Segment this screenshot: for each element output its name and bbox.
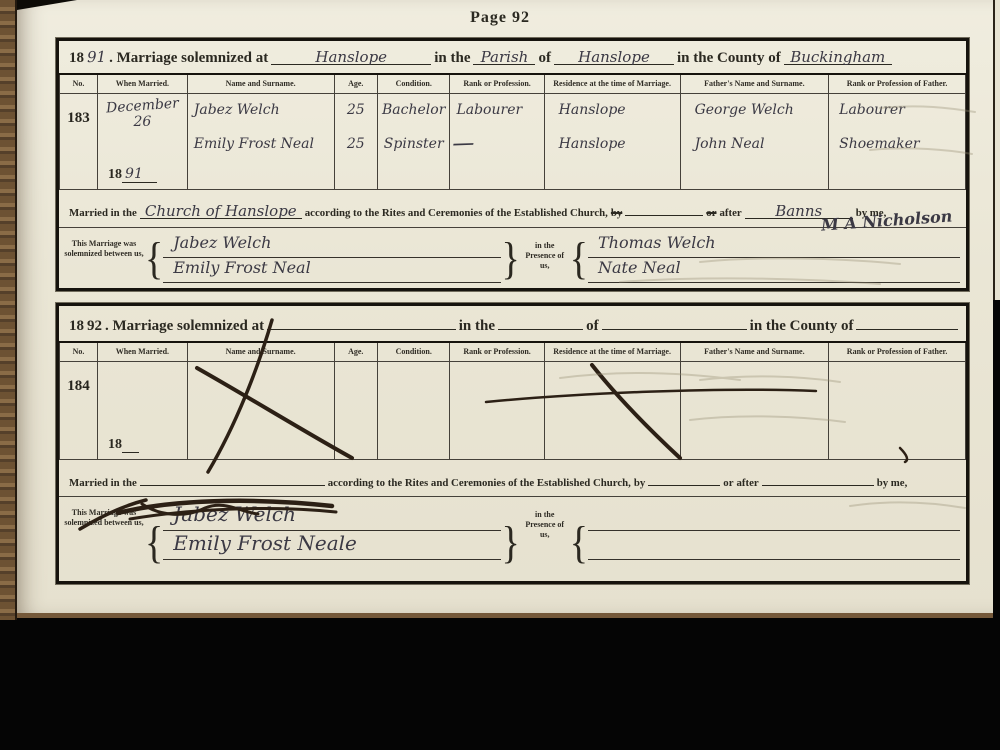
- married-place-blank: Church of Hanslope: [140, 202, 302, 219]
- brace-close: }: [501, 516, 519, 569]
- title-solemnized-label: . Marriage solemnized at: [105, 318, 264, 335]
- rites-label: according to the Rites and Ceremonies of…: [328, 477, 631, 489]
- col-header-no: No.: [60, 342, 98, 361]
- licence-blank: [648, 469, 720, 486]
- by-me-label: by me,: [877, 477, 908, 489]
- solemnized-section: This Marriage was solemnized between us,…: [59, 496, 966, 586]
- county-entry: Buckingham: [790, 48, 885, 66]
- party-signatures: Jabez Welch Emily Frost Neale: [163, 500, 501, 586]
- entry-number: 183: [60, 94, 97, 127]
- col-header-name: Name and Surname.: [187, 74, 334, 93]
- area-name-entry: Hanslope: [578, 48, 650, 66]
- groom-signature: Jabez Welch: [163, 233, 501, 258]
- professions-cell-blank: [450, 361, 544, 459]
- in-the-label: in the: [459, 318, 495, 335]
- title-solemnized-label: . Marriage solemnized at: [109, 50, 268, 67]
- after-label: after: [720, 207, 742, 219]
- area-name-blank: Hanslope: [554, 48, 674, 65]
- entry-number: 184: [60, 362, 97, 395]
- record-183-table: No. When Married. Name and Surname. Age.…: [59, 73, 966, 190]
- area-name-blank: [602, 313, 747, 330]
- when-year-blank: [122, 437, 139, 453]
- groom-father-profession-entry: Labourer: [839, 102, 905, 118]
- brace-open: {: [145, 516, 163, 569]
- father-professions-cell-blank: [829, 361, 966, 459]
- groom-signature-struck: Jabez Welch: [163, 502, 501, 531]
- col-header-age: Age.: [334, 74, 377, 93]
- county-blank: [856, 313, 958, 330]
- witness1-blank: [588, 502, 960, 531]
- marriage-record-184: 1892. Marriage solemnized at in the of i…: [56, 303, 969, 584]
- conditions-cell-blank: [377, 361, 449, 459]
- record-183-title: 1891. Marriage solemnized at Hanslope in…: [59, 41, 966, 67]
- licence-blank: [625, 199, 703, 216]
- col-header-profession: Rank or Profession.: [450, 342, 544, 361]
- married-in-label: Married in the: [69, 477, 137, 489]
- county-label: in the County of: [750, 318, 854, 335]
- brace-open-witnesses: {: [570, 516, 588, 569]
- col-header-father-profession: Rank or Profession of Father.: [829, 342, 966, 361]
- or-label: or: [723, 477, 733, 489]
- married-in-label: Married in the: [69, 207, 137, 219]
- witness-signatures: Thomas Welch Nate Neal: [588, 231, 960, 287]
- page-number: Page 92: [0, 9, 1000, 27]
- banns-entry: Banns: [775, 202, 822, 220]
- register-scan: Page 92 1891. Marriage solemnized at Han…: [0, 0, 1000, 750]
- bride-father-profession-entry: Shoemaker: [839, 136, 919, 152]
- col-header-father-profession: Rank or Profession of Father.: [829, 74, 966, 93]
- col-header-profession: Rank or Profession.: [450, 74, 544, 93]
- marriage-record-183: 1891. Marriage solemnized at Hanslope in…: [56, 38, 969, 291]
- col-header-condition: Condition.: [377, 342, 449, 361]
- col-header-condition: Condition.: [377, 74, 449, 93]
- presence-label: in the Presence of us,: [520, 231, 570, 287]
- when-married-cell: December 26 1891: [98, 94, 187, 189]
- bride-name-entry: Emily Frost Neal: [194, 136, 314, 152]
- presence-label: in the Presence of us,: [520, 500, 570, 586]
- in-the-label: in the: [434, 50, 470, 67]
- record-184-title: 1892. Marriage solemnized at in the of i…: [59, 306, 966, 335]
- county-label: in the County of: [677, 50, 781, 67]
- groom-father-entry: George Welch: [695, 102, 794, 118]
- this-marriage-label: This Marriage was solemnized between us,: [63, 500, 145, 586]
- after-label: after: [737, 477, 759, 489]
- bride-age-entry: 25: [347, 136, 365, 152]
- bride-signature: Emily Frost Neale: [163, 531, 501, 560]
- married-place-entry: Church of Hanslope: [145, 202, 297, 220]
- fathers-cell-blank: [680, 361, 829, 459]
- bride-residence-entry: Hanslope: [559, 136, 626, 152]
- col-header-residence: Residence at the time of Marriage.: [544, 74, 680, 93]
- col-header-father: Father's Name and Surname.: [680, 74, 829, 93]
- groom-condition-entry: Bachelor: [382, 102, 445, 118]
- brace-open-witnesses: {: [570, 232, 588, 285]
- when-married-cell: 18: [98, 362, 187, 459]
- groom-profession-entry: Labourer: [456, 102, 522, 118]
- col-header-residence: Residence at the time of Marriage.: [544, 342, 680, 361]
- header-row: No. When Married. Name and Surname. Age.…: [60, 74, 966, 93]
- bride-signature: Emily Frost Neal: [163, 258, 501, 283]
- groom-name-entry: Jabez Welch: [194, 102, 280, 118]
- professions-cell: Labourer —: [450, 94, 543, 189]
- entry-row-184: 184 18: [60, 361, 966, 459]
- area-type-blank: [498, 313, 583, 330]
- of-label: of: [586, 318, 599, 335]
- fathers-cell: George Welch John Neal: [681, 94, 829, 189]
- names-cell-blank: [187, 361, 334, 459]
- brace-close: }: [501, 232, 519, 285]
- brace-open: {: [145, 232, 163, 285]
- married-in-line: Married in the according to the Rites an…: [59, 460, 966, 496]
- married-in-line: Married in the Church of Hanslope accord…: [59, 190, 966, 227]
- residences-cell: Hanslope Hanslope: [545, 94, 680, 189]
- when-year-prefix: 18: [108, 167, 122, 182]
- witness1-signature: Thomas Welch: [588, 233, 960, 258]
- place-blank: [267, 313, 456, 330]
- bride-profession-dash: —: [452, 135, 474, 152]
- area-type-blank: Parish: [473, 48, 535, 65]
- solemnized-section: This Marriage was solemnized between us,…: [59, 227, 966, 287]
- when-year-prefix: 18: [108, 437, 122, 452]
- col-header-name: Name and Surname.: [187, 342, 334, 361]
- names-cell: Jabez Welch Emily Frost Neal: [188, 94, 334, 189]
- residences-cell-blank: [544, 361, 680, 459]
- col-header-father: Father's Name and Surname.: [680, 342, 829, 361]
- year-prefix: 18: [69, 318, 84, 335]
- witness-signatures: [588, 500, 960, 586]
- witness2-signature: Nate Neal: [588, 258, 960, 283]
- ages-cell-blank: [334, 361, 377, 459]
- groom-residence-entry: Hanslope: [559, 102, 626, 118]
- page-edge-right: [993, 0, 1000, 300]
- rites-label: according to the Rites and Ceremonies of…: [305, 207, 608, 219]
- header-row: No. When Married. Name and Surname. Age.…: [60, 342, 966, 361]
- col-header-when-married: When Married.: [98, 342, 188, 361]
- year-handwritten: 91: [87, 48, 106, 66]
- county-blank: Buckingham: [784, 48, 892, 65]
- bride-condition-entry: Spinster: [384, 136, 444, 152]
- father-professions-cell: Labourer Shoemaker: [829, 94, 965, 189]
- married-place-blank: [140, 469, 325, 486]
- witness2-blank: [588, 531, 960, 560]
- entry-row-183: 183 December 26 1891 Jabez Welch Emily F…: [60, 93, 966, 189]
- col-header-when-married: When Married.: [98, 74, 188, 93]
- bride-father-entry: John Neal: [695, 136, 765, 152]
- year-prefix: 18: [69, 50, 84, 67]
- when-year-entry: 91: [122, 166, 157, 183]
- year-suffix-printed: 92: [87, 318, 102, 335]
- ages-cell: 25 25: [335, 94, 377, 189]
- book-spine: [0, 0, 17, 620]
- party-signatures: Jabez Welch Emily Frost Neal: [163, 231, 501, 287]
- record-184-table: No. When Married. Name and Surname. Age.…: [59, 341, 966, 460]
- place-entry: Hanslope: [315, 48, 387, 66]
- banns-blank: [762, 469, 874, 486]
- area-type-entry: Parish: [481, 48, 529, 66]
- by-label: by: [634, 477, 645, 489]
- conditions-cell: Bachelor Spinster: [378, 94, 449, 189]
- by-label-struck: by: [611, 207, 622, 219]
- col-header-age: Age.: [334, 342, 377, 361]
- groom-age-entry: 25: [347, 102, 365, 118]
- place-blank: Hanslope: [271, 48, 431, 65]
- col-header-no: No.: [60, 74, 98, 93]
- of-label: of: [538, 50, 551, 67]
- or-label-struck: or: [706, 207, 716, 219]
- this-marriage-label: This Marriage was solemnized between us,: [63, 231, 145, 287]
